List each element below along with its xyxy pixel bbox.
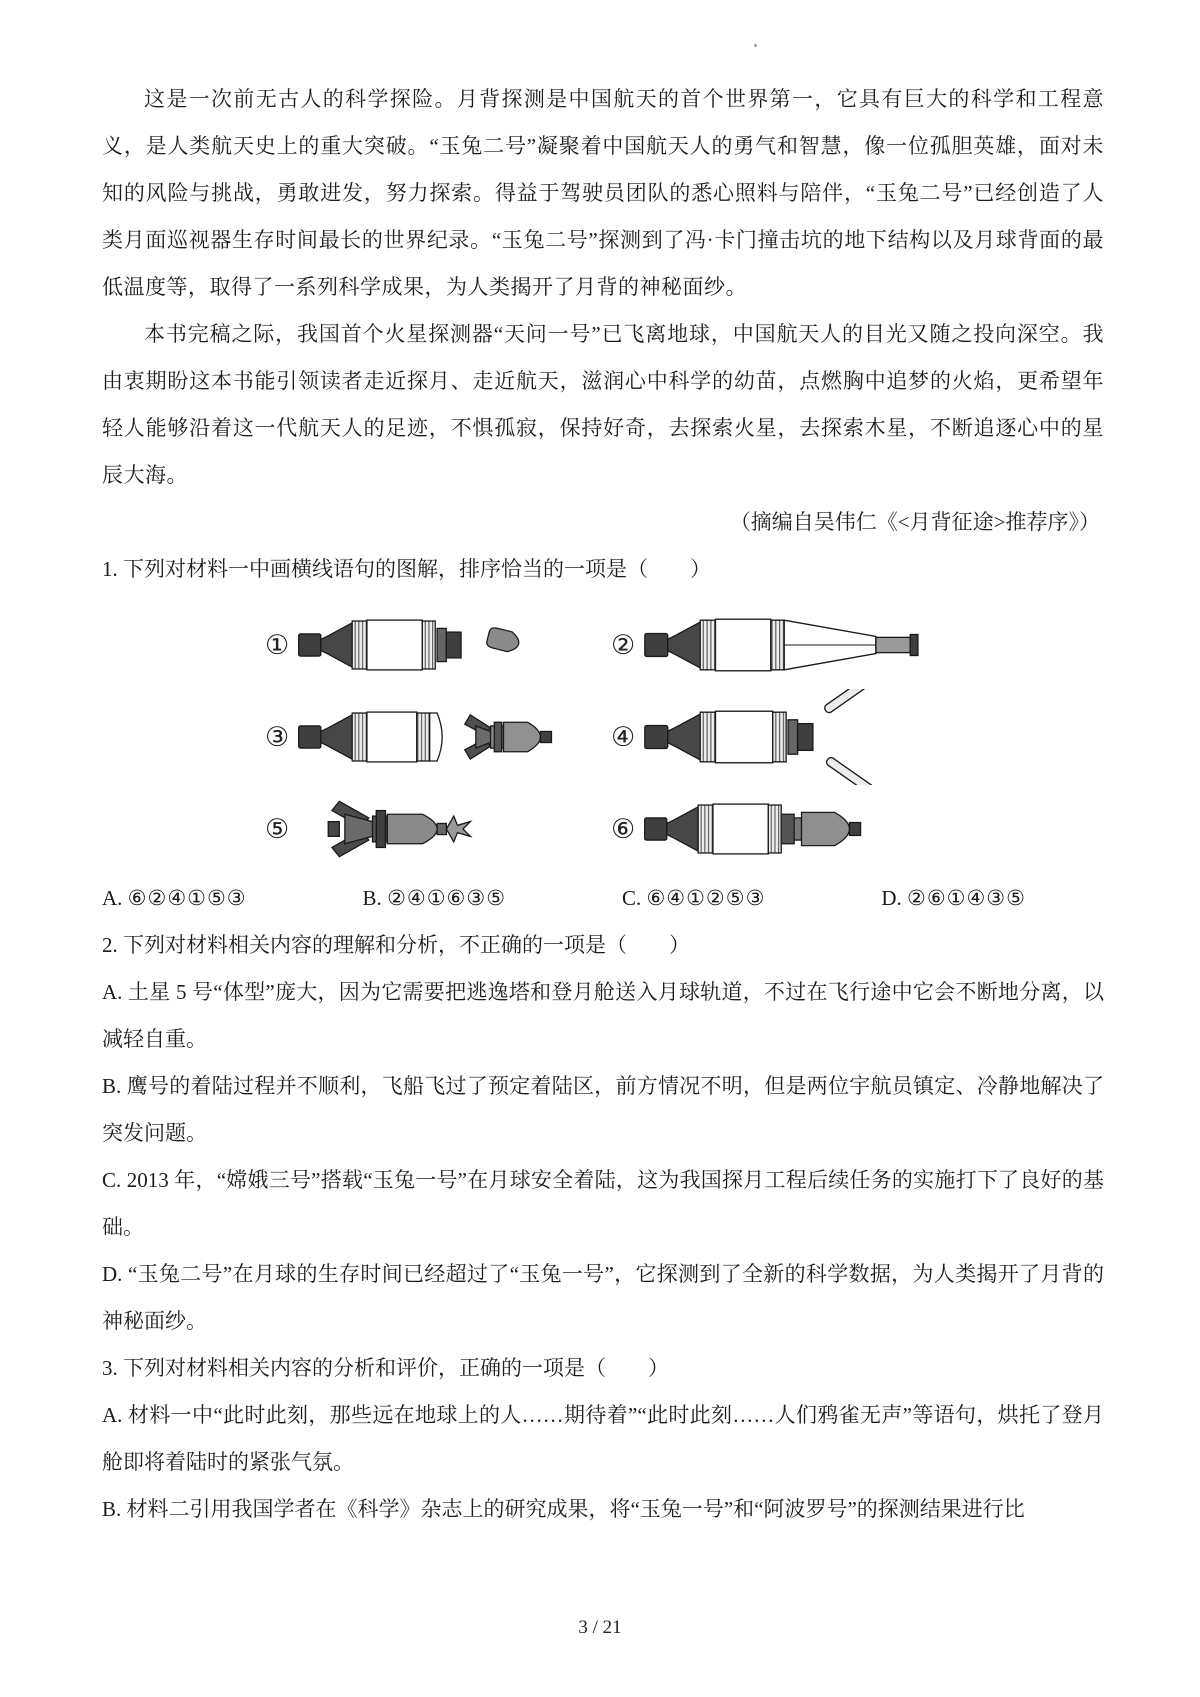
exam-document-page: 这是一次前无古人的科学探险。月背探测是中国航天的首个世界第一，它具有巨大的科学和… [0, 0, 1200, 1697]
paragraph-2: 本书完稿之际，我国首个火星探测器“天问一号”已飞离地球，中国航天人的目光又随之投… [102, 311, 1104, 499]
figure-label-1: ① [265, 630, 289, 661]
q1-option-a: A. ⑥②④①⑤③ [102, 875, 247, 922]
q1-option-b-sequence: ②④①⑥③⑤ [387, 886, 506, 910]
rocket-stage-icon-2 [641, 603, 937, 687]
q1-option-c-sequence: ⑥④①②⑤③ [646, 886, 765, 910]
rocket-stage-icon-1 [295, 603, 581, 687]
q2-option-c: C. 2013 年，“嫦娥三号”搭载“玉兔一号”在月球安全着陆，这为我国探月工程… [102, 1157, 1104, 1251]
rocket-sequence-figure: ① ② [265, 603, 941, 871]
q1-option-d: D. ②⑥①④③⑤ [881, 875, 1026, 922]
source-attribution: （摘编自吴伟仁《<月背征途>推荐序》） [102, 499, 1104, 546]
q2-option-a: A. 土星 5 号“体型”庞大，因为它需要把逃逸塔和登月舱送入月球轨道，不过在飞… [102, 969, 1104, 1063]
rocket-stage-icon-4 [641, 689, 937, 785]
q1-option-c-prefix: C. [622, 886, 647, 910]
q1-option-b: B. ②④①⑥③⑤ [363, 875, 506, 922]
figure-rocket-4: ④ [611, 695, 941, 779]
q1-option-c: C. ⑥④①②⑤③ [622, 875, 765, 922]
question-1-stem: 1. 下列对材料一中画横线语句的图解，排序恰当的一项是（ ） [102, 546, 1104, 593]
paragraph-1: 这是一次前无古人的科学探险。月背探测是中国航天的首个世界第一，它具有巨大的科学和… [102, 76, 1104, 311]
q2-option-b: B. 鹰号的着陆过程并不顺利，飞船飞过了预定着陆区，前方情况不明，但是两位宇航员… [102, 1063, 1104, 1157]
rocket-stage-icon-6 [641, 787, 927, 871]
scan-artifact-dot [754, 44, 757, 47]
page-number: 3 / 21 [0, 1617, 1200, 1639]
figure-rocket-3: ③ [265, 695, 585, 779]
question-3-stem: 3. 下列对材料相关内容的分析和评价，正确的一项是（ ） [102, 1345, 1104, 1392]
figure-label-2: ② [611, 630, 635, 661]
q1-option-a-prefix: A. [102, 886, 128, 910]
figure-rocket-6: ⑥ [611, 787, 941, 871]
q1-option-d-sequence: ②⑥①④③⑤ [907, 886, 1026, 910]
question-2-stem: 2. 下列对材料相关内容的理解和分析，不正确的一项是（ ） [102, 922, 1104, 969]
figure-label-6: ⑥ [611, 814, 635, 845]
figure-label-4: ④ [611, 722, 635, 753]
q1-option-a-sequence: ⑥②④①⑤③ [128, 886, 247, 910]
figure-rocket-5: ⑤ [265, 787, 585, 871]
figure-rocket-2: ② [611, 603, 941, 687]
q3-option-a: A. 材料一中“此时此刻，那些远在地球上的人……期待着”“此时此刻……人们鸦雀无… [102, 1392, 1104, 1486]
rocket-stage-icon-5 [295, 790, 535, 868]
q3-option-b: B. 材料二引用我国学者在《科学》杂志上的研究成果，将“玉兔一号”和“阿波罗号”… [102, 1486, 1104, 1533]
figure-label-5: ⑤ [265, 814, 289, 845]
figure-label-3: ③ [265, 722, 289, 753]
rocket-stage-icon-3 [295, 695, 581, 779]
q2-option-d: D. “玉兔二号”在月球的生存时间已经超过了“玉兔一号”，它探测到了全新的科学数… [102, 1251, 1104, 1345]
figure-rocket-1: ① [265, 603, 585, 687]
q1-option-b-prefix: B. [363, 886, 388, 910]
q1-option-d-prefix: D. [881, 886, 907, 910]
question-1-options: A. ⑥②④①⑤③ B. ②④①⑥③⑤ C. ⑥④①②⑤③ D. ②⑥①④③⑤ [102, 875, 1104, 922]
